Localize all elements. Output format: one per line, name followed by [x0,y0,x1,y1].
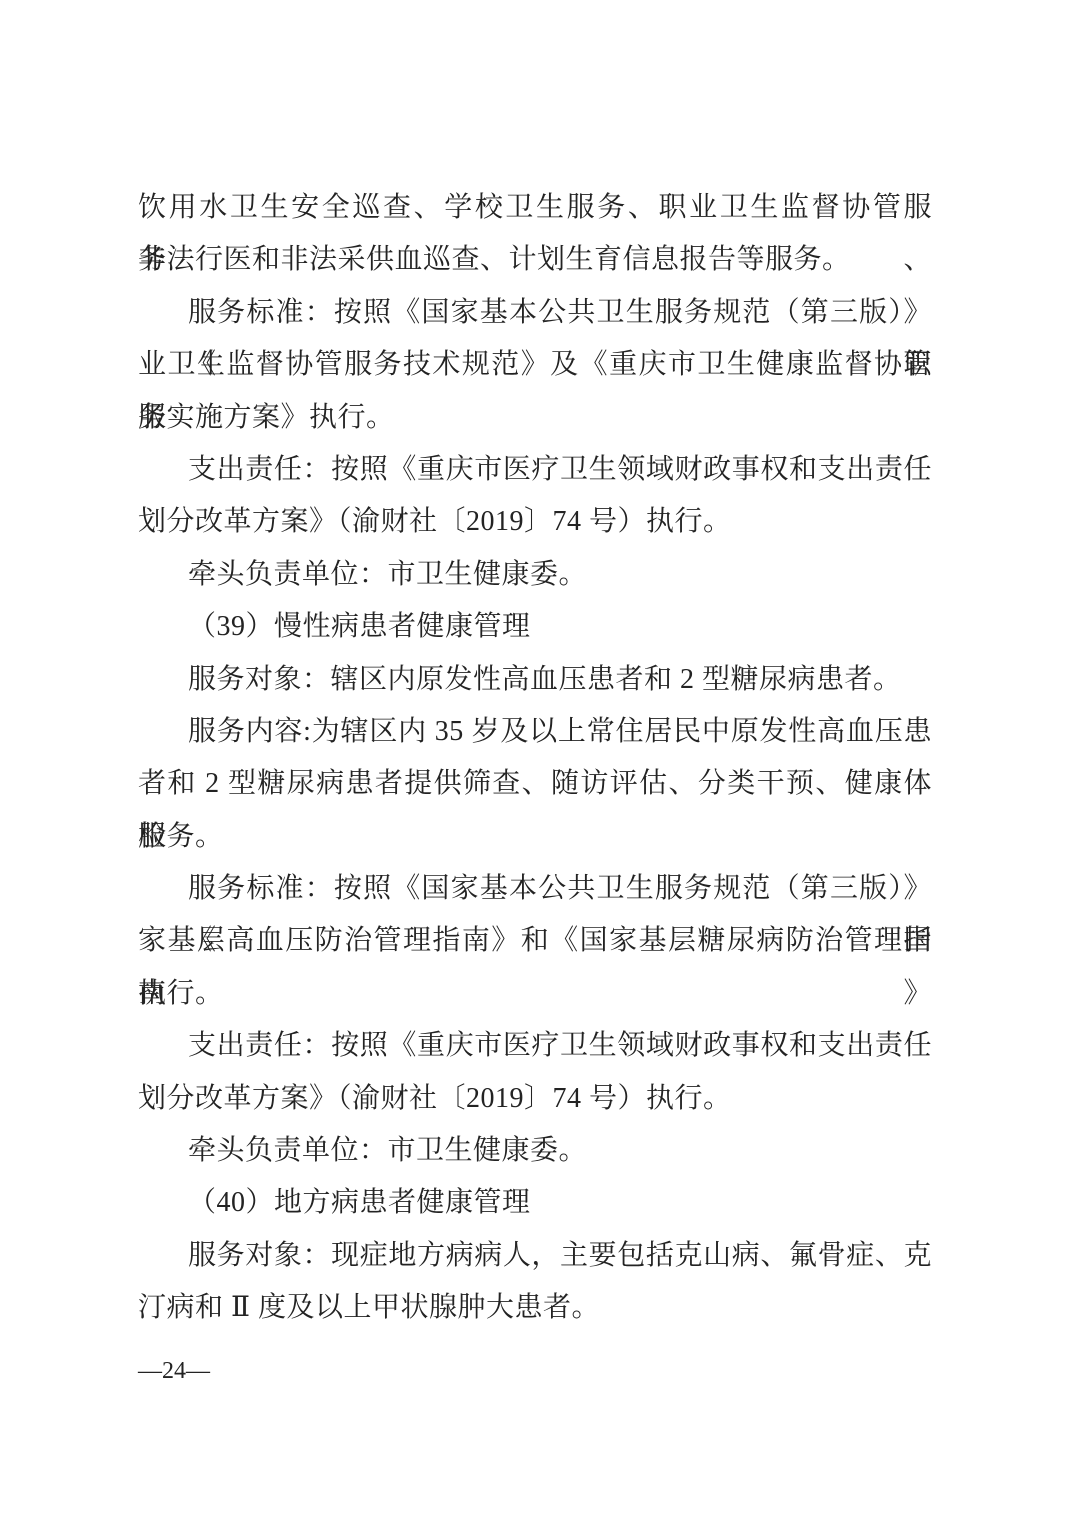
text-line: 服务对象：现症地方病病人，主要包括克山病、氟骨症、克 [138,1230,932,1282]
document-page: 饮用水卫生安全巡查、学校卫生服务、职业卫生监督协管服务、非法行医和非法采供血巡查… [0,0,1074,1520]
text-line: 汀病和 Ⅱ 度及以上甲状腺肿大患者。 [138,1282,932,1334]
text-line: 服务标准：按照《国家基本公共卫生服务规范（第三版）》《职 [138,287,932,339]
text-line: （40）地方病患者健康管理 [138,1177,932,1229]
text-line: （39）慢性病患者健康管理 [138,601,932,653]
text-line: 划分改革方案》（渝财社〔2019〕74 号）执行。 [138,1073,932,1125]
text-line: 服务内容:为辖区内 35 岁及以上常住居民中原发性高血压患 [138,706,932,758]
text-line: 家基层高血压防治管理指南》和《国家基层糖尿病防治管理指南》 [138,915,932,967]
text-line: 服务标准：按照《国家基本公共卫生服务规范（第三版）》《国 [138,863,932,915]
text-line: 者和 2 型糖尿病患者提供筛查、随访评估、分类干预、健康体检 [138,758,932,810]
text-line: 务实施方案》执行。 [138,392,932,444]
text-line: 服务。 [138,811,932,863]
text-line: 服务对象：辖区内原发性高血压患者和 2 型糖尿病患者。 [138,654,932,706]
text-line: 非法行医和非法采供血巡查、计划生育信息报告等服务。 [138,234,932,286]
text-line: 划分改革方案》（渝财社〔2019〕74 号）执行。 [138,496,932,548]
text-line: 支出责任：按照《重庆市医疗卫生领域财政事权和支出责任 [138,444,932,496]
text-content: 饮用水卫生安全巡查、学校卫生服务、职业卫生监督协管服务、非法行医和非法采供血巡查… [138,182,932,1335]
text-line: 业卫生监督协管服务技术规范》及《重庆市卫生健康监督协管服 [138,339,932,391]
page-number: —24— [138,1356,210,1386]
text-line: 饮用水卫生安全巡查、学校卫生服务、职业卫生监督协管服务、 [138,182,932,234]
text-line: 支出责任：按照《重庆市医疗卫生领域财政事权和支出责任 [138,1020,932,1072]
text-line: 牵头负责单位：市卫生健康委。 [138,1125,932,1177]
text-line: 牵头负责单位：市卫生健康委。 [138,549,932,601]
